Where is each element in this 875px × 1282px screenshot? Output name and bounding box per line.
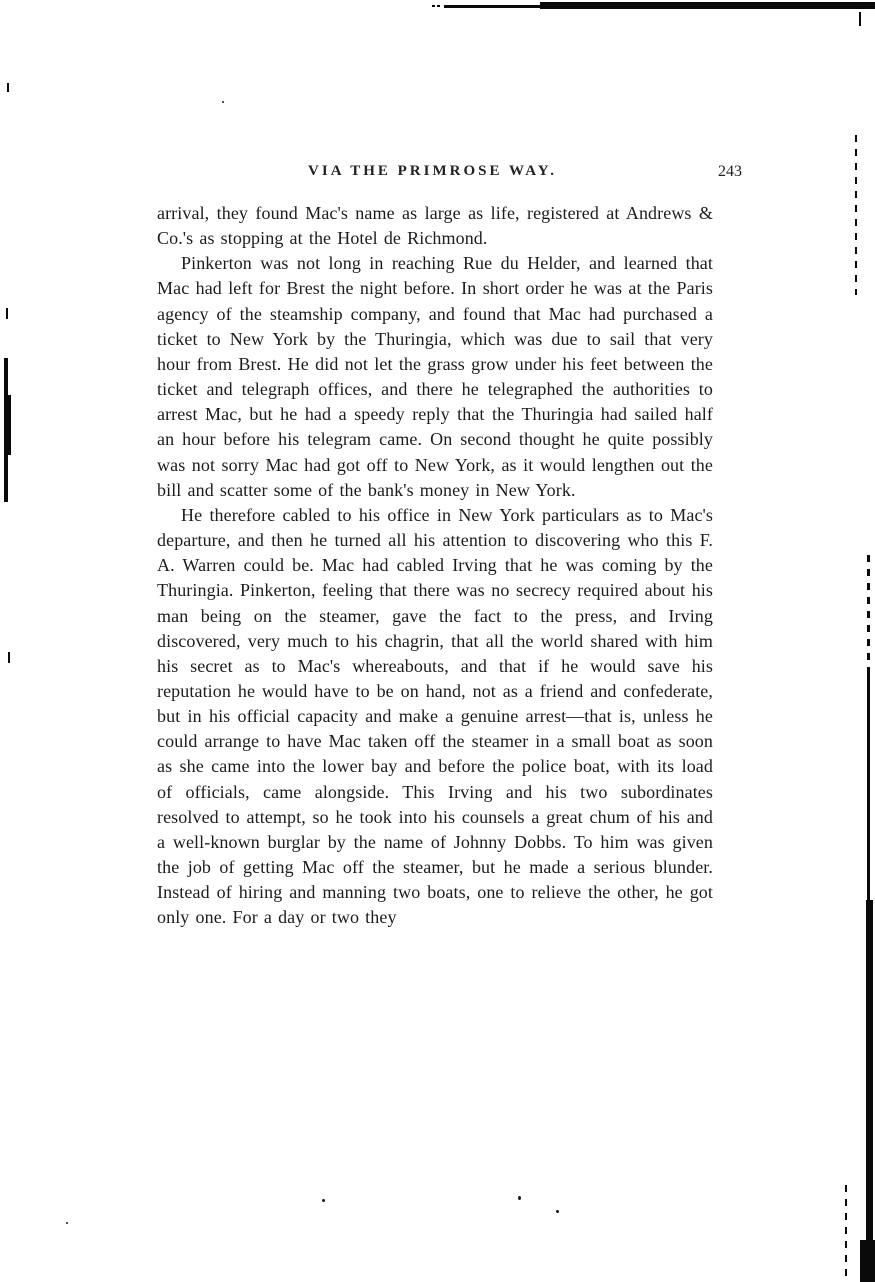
scan-artifact-right-edge-line-thick [866,900,873,1282]
scan-speck [518,1196,521,1200]
scan-artifact-left-tick-3 [8,652,10,663]
scan-artifact-top-right-tick [859,12,861,26]
paragraph: arrival, they found Mac's name as large … [157,201,713,251]
scan-artifact-right-dashes-middle [867,555,870,673]
running-header-title: VIA THE PRIMROSE WAY. [157,163,708,180]
scan-artifact-right-edge-line [867,673,870,903]
body-text-column: arrival, they found Mac's name as large … [157,201,713,931]
page-number: 243 [718,163,742,181]
scan-artifact-right-inner-dashes [845,1185,847,1282]
scan-speck [222,101,224,103]
scan-speck [556,1210,559,1213]
paragraph: Pinkerton was not long in reaching Rue d… [157,251,713,503]
paragraph: He therefore cabled to his office in New… [157,503,713,931]
scan-speck [66,1222,68,1224]
scan-artifact-top-edge-thick [540,2,875,9]
running-header: VIA THE PRIMROSE WAY. 243 [157,163,742,185]
scan-artifact-top-edge-dots [432,5,442,7]
scan-artifact-left-tick-1 [7,83,9,92]
scan-speck [322,1199,325,1202]
scan-artifact-right-corner-blot [860,1240,875,1282]
scan-artifact-left-tick-2 [6,308,8,319]
scanned-book-page: VIA THE PRIMROSE WAY. 243 arrival, they … [0,0,875,1282]
scan-artifact-right-dashes-upper [855,135,857,295]
scan-artifact-left-binding-bulge [4,395,11,455]
